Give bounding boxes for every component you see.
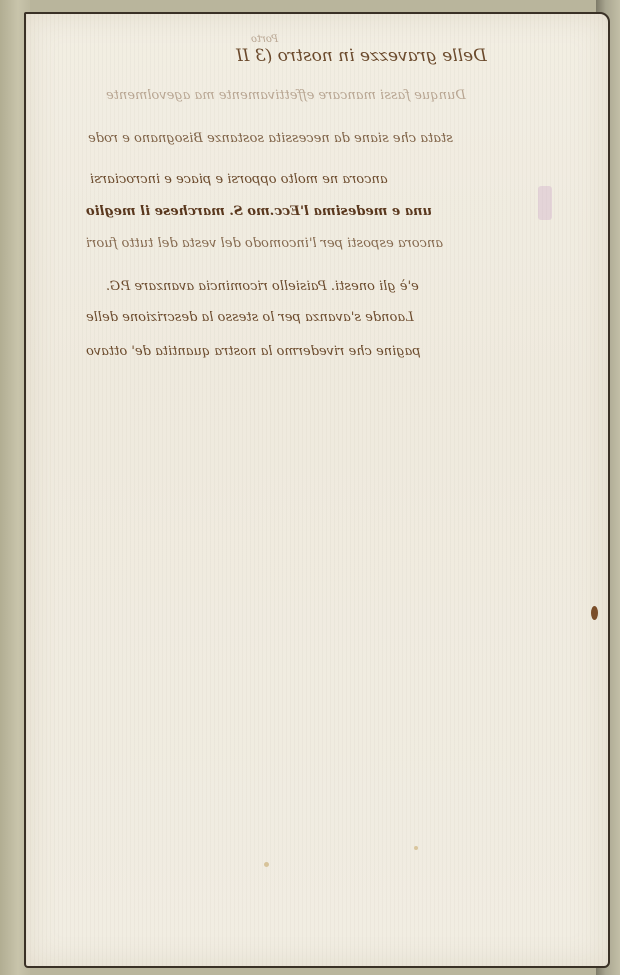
text-line-8: pagine che rivedermo la nostra quantita … (86, 344, 421, 359)
manuscript-page: Porto Delle gravezze in nostro (3 II Dun… (24, 12, 610, 968)
text-line-5: ancora esposti per l'incomodo del vesta … (86, 236, 443, 251)
heading-line: Delle gravezze in nostro (3 II (236, 46, 487, 66)
text-line-6: e'è gli onesti. Paisiello ricomincia ava… (106, 279, 419, 294)
ink-blot (591, 606, 598, 620)
text-line-4: una e medesima l'Ecc.mo S. marchese il m… (86, 204, 432, 219)
foxing-spot (264, 862, 269, 867)
text-line-1: Dunque fassi mancare effettivamente ma a… (106, 88, 466, 103)
text-line-2: stata che siane da necessita sostanze Bi… (88, 131, 453, 146)
text-line-7: Laonde s'avanza per lo stesso la descriz… (86, 310, 414, 325)
foxing-spot (414, 846, 418, 850)
purple-stamp-mark (538, 186, 552, 220)
text-line-3: ancora ne molto opporsi e piace e incroc… (90, 172, 388, 187)
top-note: Porto (251, 34, 278, 45)
